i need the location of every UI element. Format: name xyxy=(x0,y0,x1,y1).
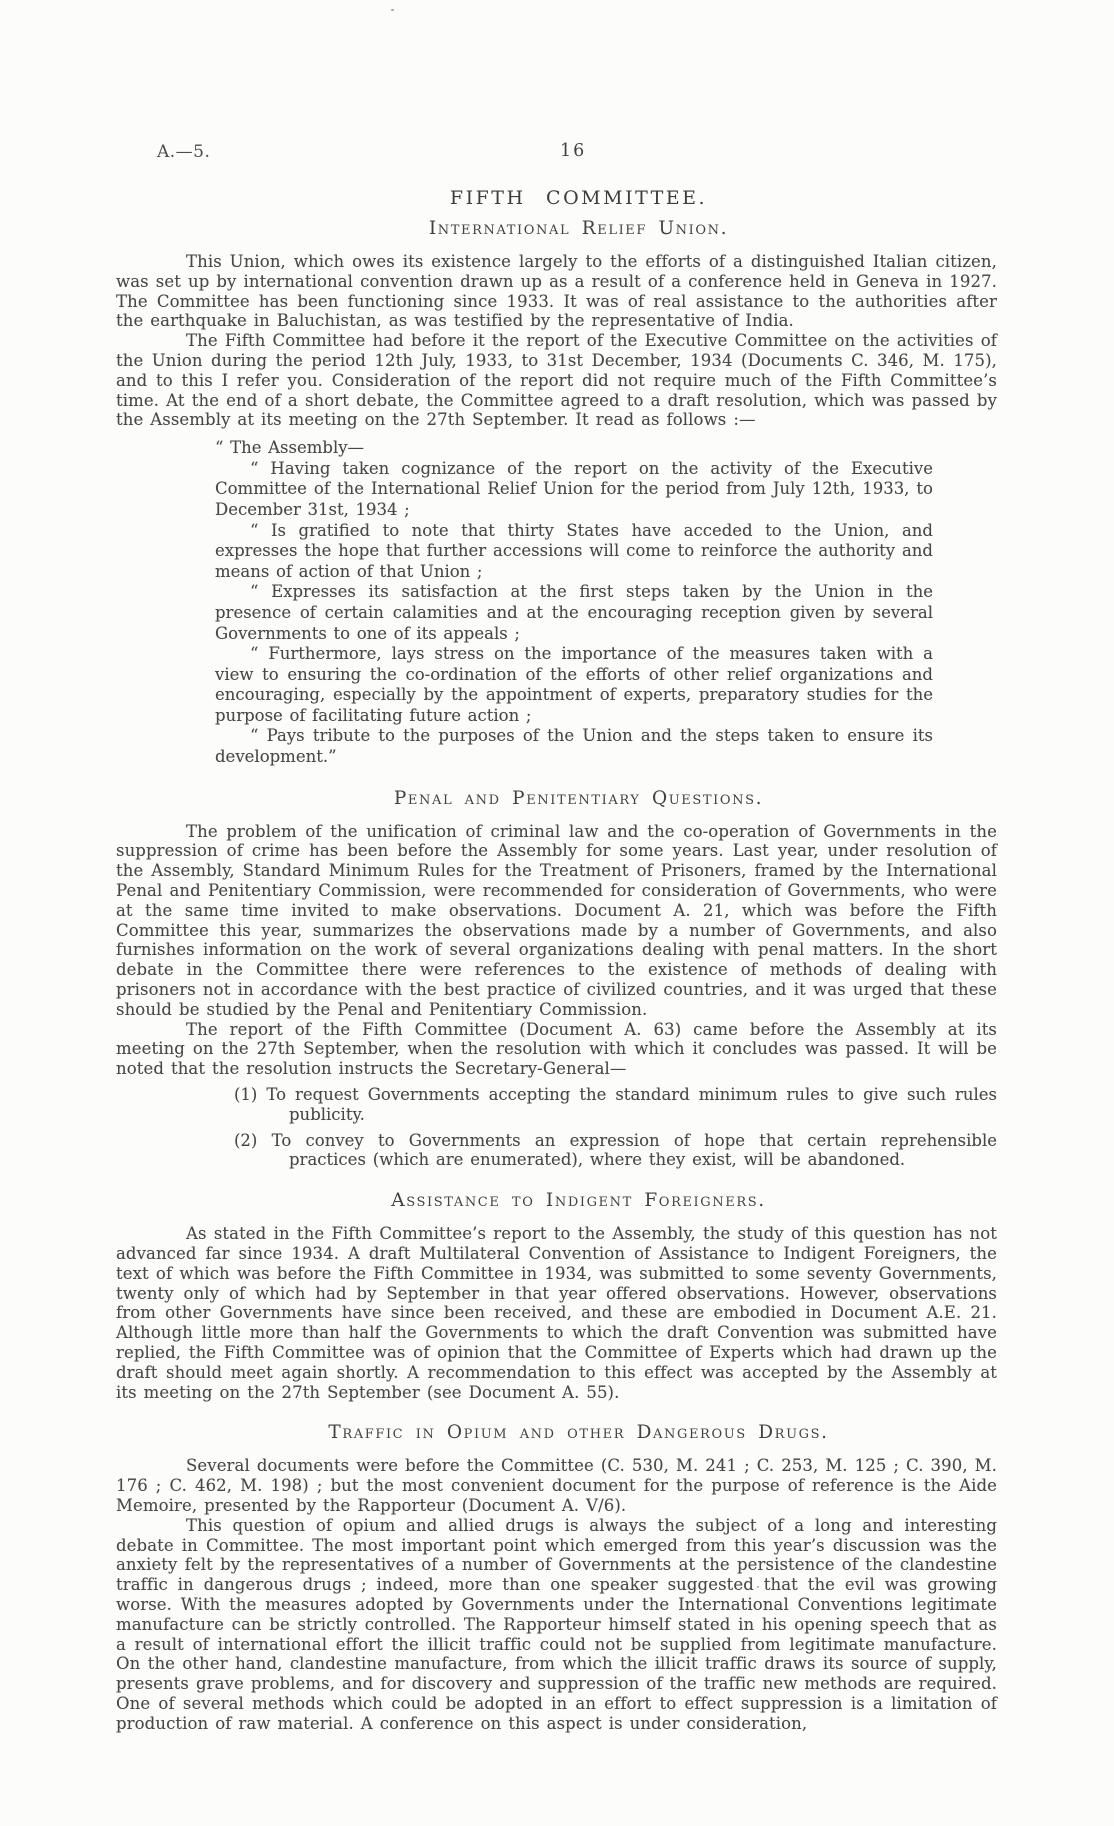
resolution-paragraph: “ Pays tribute to the purposes of the Un… xyxy=(215,726,933,767)
paragraph: The report of the Fifth Committee (Docum… xyxy=(116,1020,997,1079)
list-item: (2) To convey to Governments an expressi… xyxy=(289,1131,997,1171)
page-title: FIFTH COMMITTEE. xyxy=(116,186,997,210)
resolution-paragraph: “ The Assembly— xyxy=(215,438,933,459)
paragraph: The problem of the unification of crimin… xyxy=(116,822,997,1020)
resolution-paragraph: “ Having taken cognizance of the report … xyxy=(215,459,933,521)
numbered-list: (1) To request Governments accepting the… xyxy=(116,1085,997,1170)
paragraph: This question of opium and allied drugs … xyxy=(116,1516,997,1734)
paragraph: As stated in the Fifth Committee’s repor… xyxy=(116,1224,997,1402)
section-heading-indigent-foreigners: Assistance to Indigent Foreigners. xyxy=(116,1190,997,1212)
resolution-paragraph: “ Is gratified to note that thirty State… xyxy=(215,521,933,583)
scan-speck xyxy=(757,1586,759,1588)
section-heading-penal-penitentiary: Penal and Penitentiary Questions. xyxy=(116,788,997,810)
resolution-paragraph: “ Expresses its satisfaction at the firs… xyxy=(215,582,933,644)
scanned-document-page: A.—5. 16 FIFTH COMMITTEE. International … xyxy=(0,0,1114,1826)
paragraph: Several documents were before the Commit… xyxy=(116,1456,997,1515)
resolution-block: “ The Assembly— “ Having taken cognizanc… xyxy=(215,438,933,768)
section-heading-opium-traffic: Traffic in Opium and other Dangerous Dru… xyxy=(116,1422,997,1444)
section-heading-international-relief-union: International Relief Union. xyxy=(116,218,997,240)
page-content: FIFTH COMMITTEE. International Relief Un… xyxy=(116,0,997,1734)
scan-speck xyxy=(391,9,394,11)
scan-speck xyxy=(658,1666,661,1669)
paragraph: The Fifth Committee had before it the re… xyxy=(116,331,997,430)
paragraph: This Union, which owes its existence lar… xyxy=(116,252,997,331)
resolution-paragraph: “ Furthermore, lays stress on the import… xyxy=(215,644,933,726)
list-item: (1) To request Governments accepting the… xyxy=(289,1085,997,1125)
